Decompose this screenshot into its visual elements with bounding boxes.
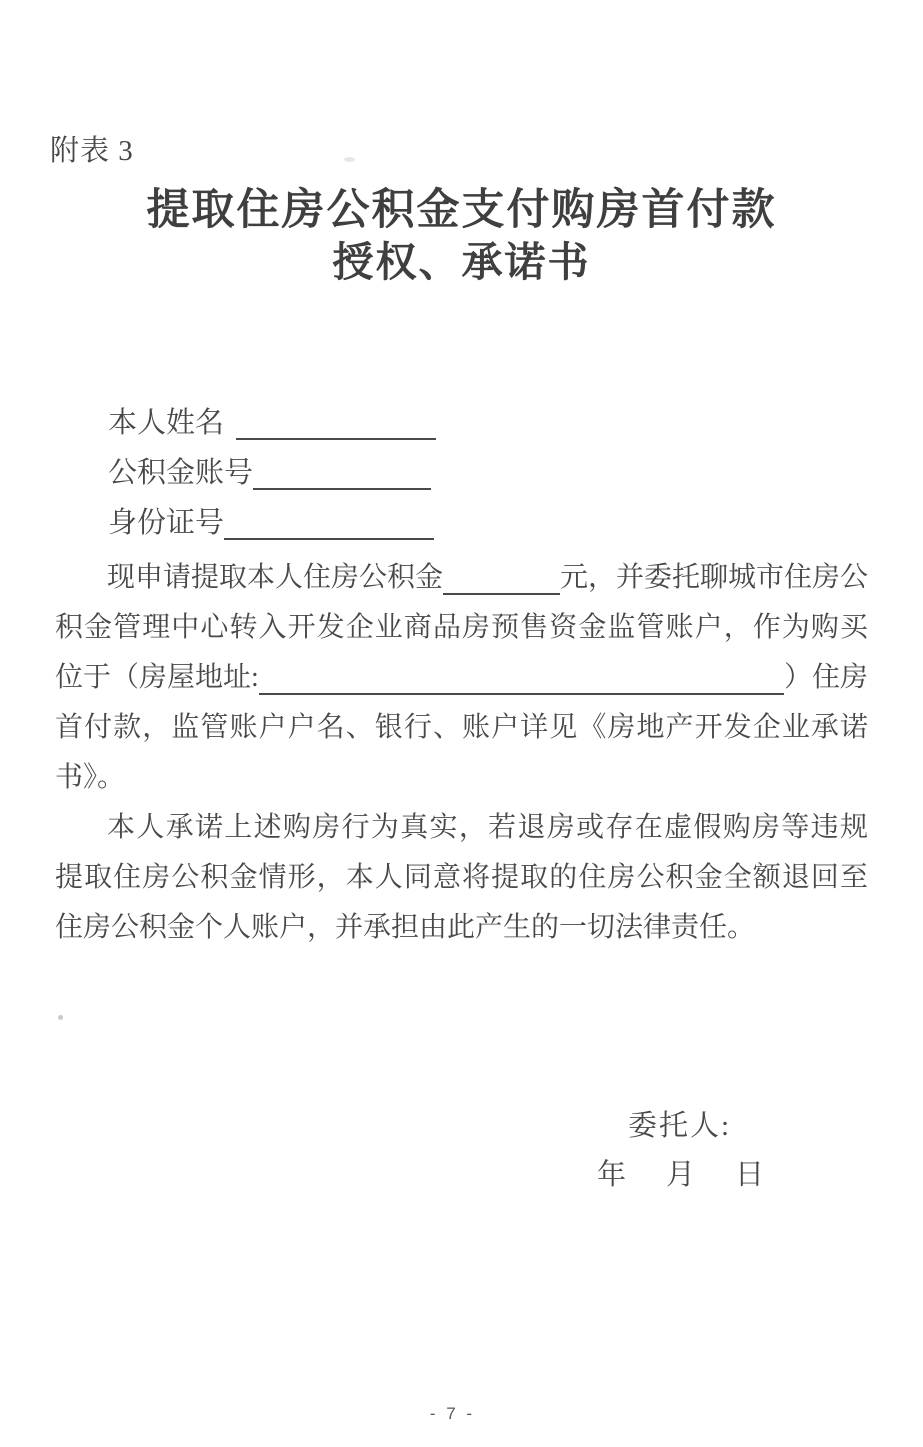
blank-line — [443, 553, 560, 595]
field-blank-line — [236, 398, 436, 440]
consignor-label: 委托人: — [628, 1108, 731, 1144]
attachment-label: 附表 3 — [50, 134, 134, 168]
paragraph: 本人承诺上述购房行为真实，若退房或存在虚假购房等违规提取住房公积金情形，本人同意… — [55, 803, 868, 953]
identity-fields: 本人姓名公积金账号身份证号 — [108, 398, 436, 548]
body-line: 积金管理中心转入开发企业商品房预售资金监管账户，作为购买 — [55, 603, 868, 653]
body-line: 位于（房屋地址:）住房 — [55, 653, 868, 703]
field-row: 身份证号 — [108, 498, 436, 548]
date-month-label: 月 — [666, 1157, 695, 1193]
field-row: 公积金账号 — [108, 448, 436, 498]
title-line-2: 授权、承诺书 — [0, 238, 923, 287]
text-segment: 住房公积金个人账户，并承担由此产生的一切法律责任。 — [55, 912, 755, 943]
field-row: 本人姓名 — [108, 398, 436, 448]
date-year-label: 年 — [597, 1157, 626, 1193]
text-segment: 元，并委托聊城市住房公 — [560, 553, 868, 603]
date-line: 年 月 日 — [597, 1157, 764, 1193]
text-segment: 首付款，监管账户户名、银行、账户详见《房地产开发企业承诺 — [55, 712, 868, 743]
text-segment: 书》。 — [55, 762, 125, 793]
indent-spacer — [55, 553, 107, 554]
body-line: 本人承诺上述购房行为真实，若退房或存在虚假购房等违规 — [55, 803, 868, 853]
body-line: 首付款，监管账户户名、银行、账户详见《房地产开发企业承诺 — [55, 703, 868, 753]
field-label: 身份证号 — [108, 498, 224, 548]
blank-line — [259, 653, 784, 695]
text-segment: ）住房 — [784, 653, 868, 703]
field-label: 公积金账号 — [108, 448, 253, 498]
body-paragraphs: 现申请提取本人住房公积金元，并委托聊城市住房公积金管理中心转入开发企业商品房预售… — [55, 553, 868, 953]
document-title: 提取住房公积金支付购房首付款 授权、承诺书 — [0, 183, 923, 287]
field-label: 本人姓名 — [108, 398, 224, 448]
body-line: 住房公积金个人账户，并承担由此产生的一切法律责任。 — [55, 903, 868, 953]
page-number: - 7 - — [0, 1404, 905, 1424]
document-page: 附表 3 提取住房公积金支付购房首付款 授权、承诺书 本人姓名公积金账号身份证号… — [0, 0, 923, 1447]
body-line: 现申请提取本人住房公积金元，并委托聊城市住房公 — [55, 553, 868, 603]
body-line: 提取住房公积金情形，本人同意将提取的住房公积金全额退回至 — [55, 853, 868, 903]
text-segment: 位于（房屋地址: — [55, 653, 259, 703]
text-segment: 现申请提取本人住房公积金 — [107, 553, 443, 603]
paragraph: 现申请提取本人住房公积金元，并委托聊城市住房公积金管理中心转入开发企业商品房预售… — [55, 553, 868, 803]
body-line: 书》。 — [55, 753, 868, 803]
scan-artifact — [58, 1015, 63, 1020]
scan-artifact — [344, 157, 355, 162]
date-day-label: 日 — [735, 1157, 764, 1193]
field-blank-line — [253, 448, 431, 490]
title-line-1: 提取住房公积金支付购房首付款 — [0, 183, 923, 238]
text-segment: 积金管理中心转入开发企业商品房预售资金监管账户，作为购买 — [55, 612, 868, 643]
text-segment: 本人承诺上述购房行为真实，若退房或存在虚假购房等违规 — [107, 812, 868, 843]
field-blank-line — [224, 498, 434, 540]
text-segment: 提取住房公积金情形，本人同意将提取的住房公积金全额退回至 — [55, 862, 868, 893]
